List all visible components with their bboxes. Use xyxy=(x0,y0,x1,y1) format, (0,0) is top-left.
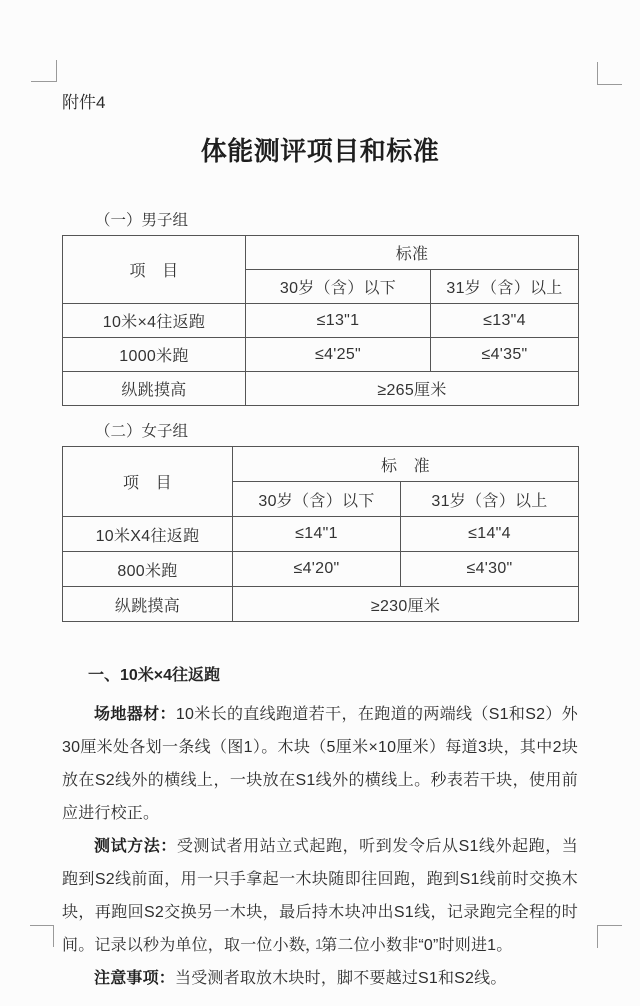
header-cell-item: 项 目 xyxy=(63,447,233,517)
paragraph-lead: 场地器材： xyxy=(94,706,176,723)
cell-item: 10米×4往返跑 xyxy=(63,304,246,338)
cell-item: 800米跑 xyxy=(63,552,233,587)
header-cell-under30: 30岁（含）以下 xyxy=(246,270,431,304)
header-cell-item: 项 目 xyxy=(63,236,246,304)
men-standards-table: 项 目 标准 30岁（含）以下 31岁（含）以上 10米×4往返跑 ≤13"1 … xyxy=(62,235,579,406)
paragraph-lead: 注意事项： xyxy=(94,970,175,987)
page-title: 体能测评项目和标准 xyxy=(62,131,578,168)
paragraph-notes: 注意事项：当受测者取放木块时，脚不要越过S1和S2线。 xyxy=(62,962,578,995)
table-header-row: 项 目 标准 xyxy=(63,236,579,270)
paragraph-text: 当受测者取放木块时，脚不要越过S1和S2线。 xyxy=(175,970,507,987)
table-row: 800米跑 ≤4'20" ≤4'30" xyxy=(63,552,579,587)
table-row: 10米X4往返跑 ≤14"1 ≤14"4 xyxy=(63,517,579,552)
cell-item: 10米X4往返跑 xyxy=(63,517,233,552)
cell-item: 1000米跑 xyxy=(63,338,246,372)
document-page: 附件4 体能测评项目和标准 （一）男子组 项 目 标准 30岁（含）以下 31岁… xyxy=(0,0,640,1006)
cell-over31: ≤4'30" xyxy=(401,552,579,587)
cell-merged-standard: ≥230厘米 xyxy=(233,587,579,622)
section-heading: 一、10米×4往返跑 xyxy=(62,662,578,685)
header-cell-under30: 30岁（含）以下 xyxy=(233,482,401,517)
document-content: 附件4 体能测评项目和标准 （一）男子组 项 目 标准 30岁（含）以下 31岁… xyxy=(62,0,578,995)
cell-under30: ≤14"1 xyxy=(233,517,401,552)
cell-over31: ≤13"4 xyxy=(431,304,579,338)
table-caption-men: （一）男子组 xyxy=(62,208,578,230)
table-row: 纵跳摸高 ≥230厘米 xyxy=(63,587,579,622)
cell-item: 纵跳摸高 xyxy=(63,372,246,406)
page-number: - 1 - xyxy=(0,936,640,953)
cell-item: 纵跳摸高 xyxy=(63,587,233,622)
table-row: 1000米跑 ≤4'25" ≤4'35" xyxy=(63,338,579,372)
paragraph-lead: 测试方法： xyxy=(94,838,177,855)
paragraph-text: 10米长的直线跑道若干，在跑道的两端线（S1和S2）外30厘米处各划一条线（图1… xyxy=(62,706,578,822)
cell-merged-standard: ≥265厘米 xyxy=(246,372,579,406)
paragraph-venue-equipment: 场地器材：10米长的直线跑道若干，在跑道的两端线（S1和S2）外30厘米处各划一… xyxy=(62,698,578,830)
table-caption-women: （二）女子组 xyxy=(62,419,578,441)
header-cell-standard: 标 准 xyxy=(233,447,579,482)
header-cell-standard: 标准 xyxy=(246,236,579,270)
header-cell-over31: 31岁（含）以上 xyxy=(401,482,579,517)
women-standards-table: 项 目 标 准 30岁（含）以下 31岁（含）以上 10米X4往返跑 ≤14"1… xyxy=(62,446,579,622)
cell-over31: ≤4'35" xyxy=(431,338,579,372)
attachment-label: 附件4 xyxy=(62,88,578,113)
table-header-row: 项 目 标 准 xyxy=(63,447,579,482)
cell-under30: ≤4'25" xyxy=(246,338,431,372)
table-row: 纵跳摸高 ≥265厘米 xyxy=(63,372,579,406)
header-cell-over31: 31岁（含）以上 xyxy=(431,270,579,304)
table-row: 10米×4往返跑 ≤13"1 ≤13"4 xyxy=(63,304,579,338)
cell-under30: ≤13"1 xyxy=(246,304,431,338)
margin-crop-mark-top-right xyxy=(597,62,622,85)
cell-under30: ≤4'20" xyxy=(233,552,401,587)
margin-crop-mark-top-left xyxy=(31,60,57,82)
cell-over31: ≤14"4 xyxy=(401,517,579,552)
